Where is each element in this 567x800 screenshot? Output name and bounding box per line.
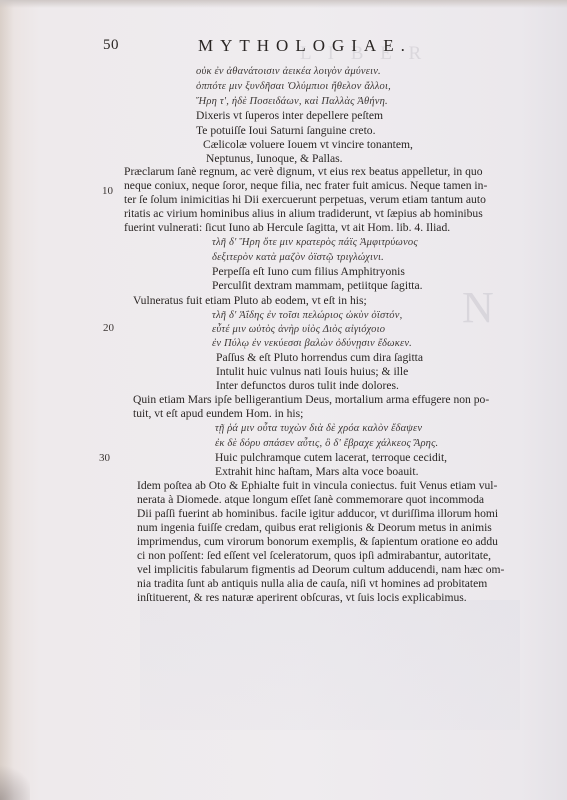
page-number: 50 [103, 37, 119, 54]
greek-line: οὐκ ἐν ἀθανάτοισιν ἀεικέα λοιγὸν ἀμύνειν… [196, 65, 381, 79]
prose-line: Vulneratus fuit etiam Pluto ab eodem, vt… [133, 294, 367, 308]
prose-line: Præclarum ſanè regnum, ac verè dignum, v… [124, 165, 483, 179]
page-corner-stain [0, 760, 30, 800]
verse-line: Neptunus, Iunoque, & Pallas. [206, 152, 343, 166]
prose-line: Idem poſtea ab Oto & Ephialte fuit in vi… [137, 479, 497, 493]
verse-line: Perpeſſa eſt Iuno cum filius Amphitryoni… [212, 265, 405, 279]
line-number-20: 20 [103, 322, 114, 334]
prose-line: nia tradita ſunt ab antiquis nulla alia … [137, 577, 487, 591]
verse-line: Inter defunctos duros tulit inde dolores… [216, 379, 399, 393]
prose-line: ritatis ac virium hominibus alius in ali… [124, 207, 483, 221]
show-through-block [140, 600, 520, 730]
verse-line: Extrahit hinc haſtam, Mars alta voce boa… [215, 465, 418, 479]
show-through-initial: N [462, 300, 494, 315]
prose-line: imprimendus, cum virorum bonorum exempli… [137, 535, 498, 549]
greek-line: ὁππότε μιν ξυνδῆσαι Ὀλύμπιοι ἤθελον ἄλλο… [196, 80, 391, 94]
greek-line: δεξιτερὸν κατὰ μαζὸν ὀϊστῷ τριγλώχινι. [212, 251, 384, 265]
prose-line: vel implicitis fabularum figmentis ad De… [137, 563, 504, 577]
line-number-30: 30 [99, 452, 110, 464]
greek-line: ἐν Πύλῳ ἐν νεκύεσσι βαλὼν ὀδύνῃσιν ἔδωκε… [212, 337, 412, 351]
prose-line: tuit, vt eſt apud eundem Hom. in his; [133, 407, 303, 421]
greek-line: τλῆ δ' Ἀΐδης ἐν τοῖσι πελώριος ὠκὺν ὀϊστ… [212, 309, 402, 323]
greek-line: τῇ ῥά μιν οὖτα τυχὼν διὰ δὲ χρόα καλὸν ἔ… [215, 422, 422, 436]
prose-line: ter ſe ſolum inimicitias hi Dii exercuer… [124, 193, 486, 207]
prose-line: Dii paſſi fuerint ab hominibus. facile i… [137, 507, 498, 521]
prose-line: ci non poſſent: ſed eſſent vel ſcelerato… [137, 549, 491, 563]
verse-line: Paſſus & eſt Pluto horrendus cum dira ſa… [216, 351, 423, 365]
verse-line: Intulit huic vulnus nati Iouis huius; & … [216, 365, 408, 379]
verse-line: Huic pulchramque cutem lacerat, terroque… [215, 451, 447, 465]
prose-line: Quin etiam Mars ipſe belligerantium Deus… [133, 393, 489, 407]
verse-line: Cælicolæ voluere Iouem vt vincire tonant… [203, 138, 413, 152]
verse-line: Dixeris vt ſuperos inter depellere peſte… [196, 109, 383, 123]
verse-line: Te potuiſſe Ioui Saturni ſanguine creto. [196, 124, 376, 138]
prose-line: inſtituerent, & res naturæ aperirent obſ… [137, 591, 467, 605]
greek-line: τλῆ δ' Ἥρη ὅτε μιν κρατερὸς πάϊς Ἀμφιτρύ… [212, 236, 418, 250]
line-number-10: 10 [102, 185, 113, 197]
prose-line: fuerint vulnerati: ſicut Iuno ab Hercule… [124, 221, 450, 235]
greek-line: Ἥρη τ', ἠδὲ Ποσειδάων, καὶ Παλλὰς Ἀθήνη. [196, 95, 388, 109]
greek-line: ἐκ δὲ δόρυ σπάσεν αὖτις, ὃ δ' ἔβραχε χάλ… [215, 437, 438, 451]
running-head: MYTHOLOGIAE. [198, 36, 412, 56]
greek-line: εὖτέ μιν ωὐτὸς ἀνὴρ υἱὸς Διὸς αἰγιόχοιο [212, 323, 385, 337]
prose-line: neque coniux, neque ſoror, neque filia, … [124, 179, 487, 193]
book-page: L I B E R N 50 MYTHOLOGIAE. 10 20 30 οὐκ… [0, 0, 567, 800]
prose-line: num ingenia fuiſſe credam, quibus erat r… [137, 521, 492, 535]
page-top-shadow [0, 0, 567, 8]
verse-line: Perculſit dextram mammam, petiitque ſagi… [212, 279, 423, 293]
prose-line: nerata à Diomede. atque longum eſſet ſan… [137, 493, 484, 507]
